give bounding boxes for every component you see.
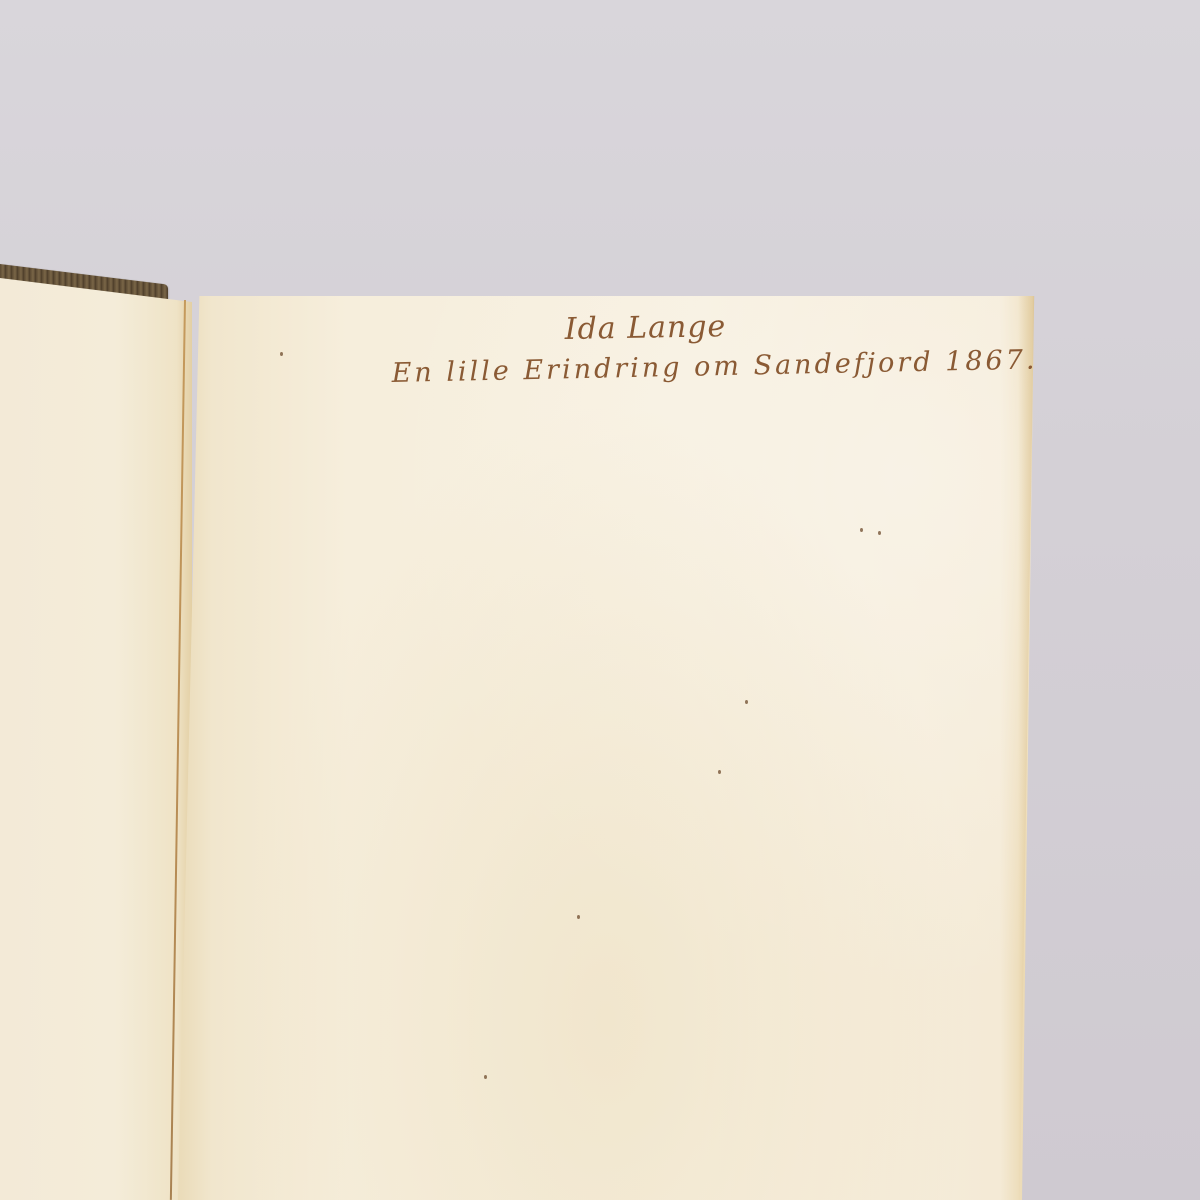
inscription-name: Ida Lange [564,309,726,347]
inscription-dedication: En lille Erindring om Sandefjord 1867. [391,344,1037,389]
foxing-speck [718,770,721,774]
foxing-speck [745,700,748,704]
foxing-speck [484,1075,487,1079]
foxing-speck [860,528,863,532]
foxing-speck [878,531,881,535]
foxing-speck [577,915,580,919]
foxing-speck [280,352,283,356]
book-photo-scene: Ida Lange En lille Erindring om Sandefjo… [0,0,1200,1200]
handwritten-inscription: Ida Lange En lille Erindring om Sandefjo… [0,0,1200,1200]
